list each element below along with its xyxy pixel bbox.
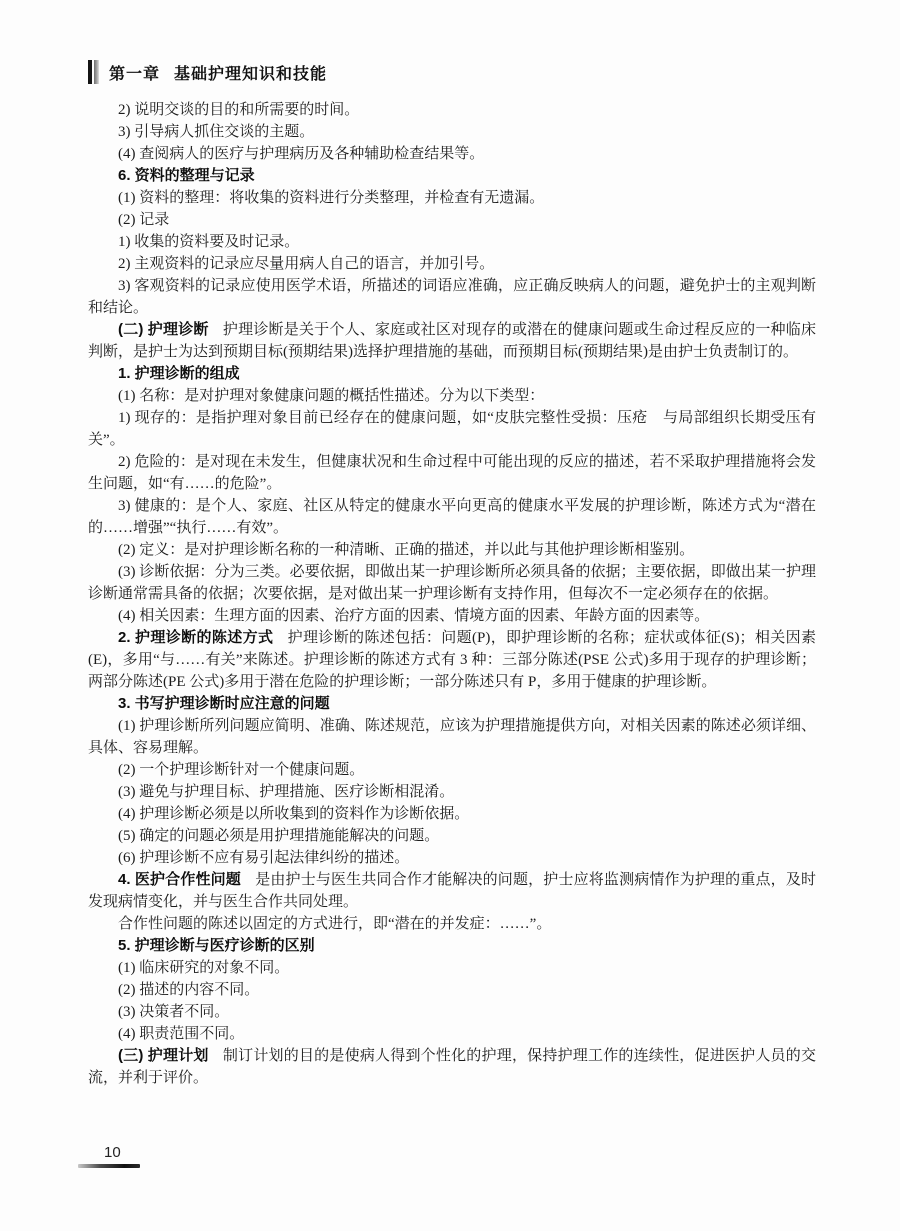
section-heading: 6. 资料的整理与记录 xyxy=(88,165,816,187)
paragraph: 2. 护理诊断的陈述方式护理诊断的陈述包括：问题(P)，即护理诊断的名称；症状或… xyxy=(88,627,816,693)
paragraph: 3) 健康的：是个人、家庭、社区从特定的健康水平向更高的健康水平发展的护理诊断，… xyxy=(88,495,816,539)
chapter-number: 第一章 xyxy=(109,66,160,83)
footer-rule xyxy=(78,1164,140,1168)
paragraph: 2) 主观资料的记录应尽量用病人自己的语言，并加引号。 xyxy=(88,253,816,275)
paragraph: (4) 护理诊断必须是以所收集到的资料作为诊断依据。 xyxy=(88,803,816,825)
paragraph: 合作性问题的陈述以固定的方式进行，即“潜在的并发症：……”。 xyxy=(88,913,816,935)
paragraph: 1) 收集的资料要及时记录。 xyxy=(88,231,816,253)
paragraph: (1) 护理诊断所列问题应简明、准确、陈述规范，应该为护理措施提供方向，对相关因… xyxy=(88,715,816,759)
paragraph: 1) 现存的：是指护理对象目前已经存在的健康问题，如“皮肤完整性受损：压疮 与局… xyxy=(88,407,816,451)
page-header: 第一章基础护理知识和技能 xyxy=(88,60,327,84)
paragraph-lead-heading: (二) 护理诊断 xyxy=(118,321,209,338)
paragraph: 4. 医护合作性问题是由护士与医生共同合作才能解决的问题，护士应将监测病情作为护… xyxy=(88,869,816,913)
paragraph: (4) 职责范围不同。 xyxy=(88,1023,816,1045)
paragraph: (1) 名称：是对护理对象健康问题的概括性描述。分为以下类型： xyxy=(88,385,816,407)
paragraph: 3) 客观资料的记录应使用医学术语，所描述的词语应准确，应正确反映病人的问题，避… xyxy=(88,275,816,319)
page-footer: 10 xyxy=(78,1144,158,1168)
paragraph-lead-heading: 2. 护理诊断的陈述方式 xyxy=(118,629,273,646)
paragraph: (4) 相关因素：生理方面的因素、治疗方面的因素、情境方面的因素、年龄方面的因素… xyxy=(88,605,816,627)
paragraph: (二) 护理诊断护理诊断是关于个人、家庭或社区对现存的或潜在的健康问题或生命过程… xyxy=(88,319,816,363)
chapter-heading: 第一章基础护理知识和技能 xyxy=(109,61,327,84)
paragraph-lead-heading: (三) 护理计划 xyxy=(118,1047,209,1064)
chapter-title: 基础护理知识和技能 xyxy=(174,66,327,83)
paragraph-lead-heading: 4. 医护合作性问题 xyxy=(118,871,241,888)
paragraph: (2) 记录 xyxy=(88,209,816,231)
paragraph: 3) 引导病人抓住交谈的主题。 xyxy=(88,121,816,143)
paragraph: (1) 资料的整理：将收集的资料进行分类整理，并检查有无遗漏。 xyxy=(88,187,816,209)
paragraph: (3) 诊断依据：分为三类。必要依据，即做出某一护理诊断所必须具备的依据；主要依… xyxy=(88,561,816,605)
paragraph: (三) 护理计划制订计划的目的是使病人得到个性化的护理，保持护理工作的连续性，促… xyxy=(88,1045,816,1089)
paragraph: (2) 描述的内容不同。 xyxy=(88,979,816,1001)
paragraph: (2) 定义：是对护理诊断名称的一种清晰、正确的描述，并以此与其他护理诊断相鉴别… xyxy=(88,539,816,561)
paragraph: (6) 护理诊断不应有易引起法律纠纷的描述。 xyxy=(88,847,816,869)
paragraph: (4) 查阅病人的医疗与护理病历及各种辅助检查结果等。 xyxy=(88,143,816,165)
paragraph: (5) 确定的问题必须是用护理措施能解决的问题。 xyxy=(88,825,816,847)
paragraph: (1) 临床研究的对象不同。 xyxy=(88,957,816,979)
paragraph: (2) 一个护理诊断针对一个健康问题。 xyxy=(88,759,816,781)
paragraph: (3) 决策者不同。 xyxy=(88,1001,816,1023)
paragraph: (3) 避免与护理目标、护理措施、医疗诊断相混淆。 xyxy=(88,781,816,803)
section-heading: 3. 书写护理诊断时应注意的问题 xyxy=(88,693,816,715)
paragraph: 2) 说明交谈的目的和所需要的时间。 xyxy=(88,99,816,121)
paragraph: 2) 危险的：是对现在未发生，但健康状况和生命过程中可能出现的反应的描述，若不采… xyxy=(88,451,816,495)
content: 2) 说明交谈的目的和所需要的时间。3) 引导病人抓住交谈的主题。(4) 查阅病… xyxy=(88,99,816,1089)
section-heading: 1. 护理诊断的组成 xyxy=(88,363,816,385)
section-heading: 5. 护理诊断与医疗诊断的区别 xyxy=(88,935,816,957)
page-number: 10 xyxy=(104,1144,158,1161)
chapter-marker-icon xyxy=(88,60,99,84)
